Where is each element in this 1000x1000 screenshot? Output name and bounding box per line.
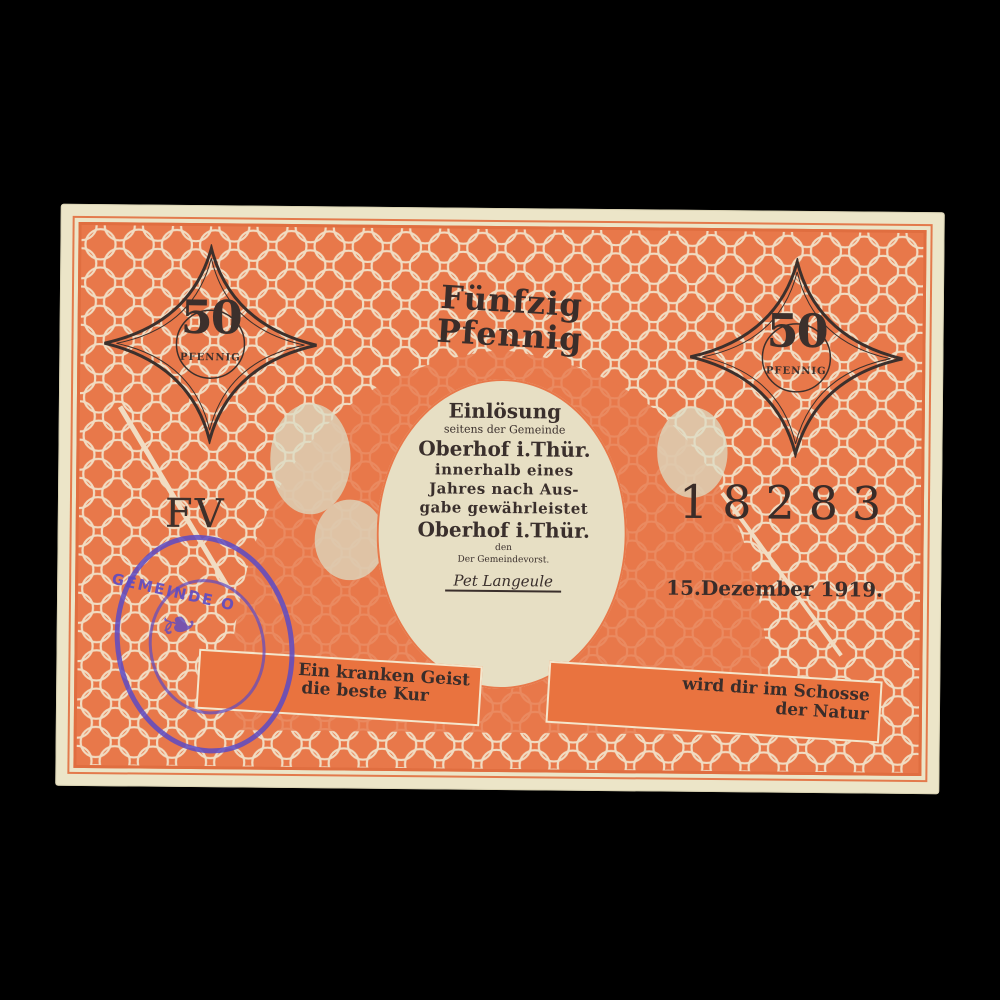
text-line: gabe gewährleistet: [379, 498, 629, 519]
text-line: innerhalb eines: [379, 460, 629, 481]
denomination-title: Fünfzig Pfennig: [399, 277, 623, 358]
series-code: FV: [165, 491, 226, 538]
denomination-unit: PFENNIG: [686, 365, 906, 378]
text-line: Oberhof i.Thür.: [379, 436, 629, 462]
text-line: Der Gemeindevorst.: [378, 553, 628, 567]
denomination-value: 50: [686, 303, 907, 359]
denomination-value: 50: [100, 289, 321, 345]
denomination-unit: PFENNIG: [100, 351, 320, 364]
redemption-text: Einlösung seitens der Gemeinde Oberhof i…: [378, 398, 630, 593]
banknote-frame: Fünfzig Pfennig Einlösung seitens der Ge…: [73, 222, 926, 776]
text-line: Jahres nach Aus-: [379, 479, 629, 500]
banknote: Fünfzig Pfennig Einlösung seitens der Ge…: [55, 204, 945, 794]
issue-date: 15.Dezember 1919.: [666, 576, 883, 602]
denomination-diamond-right: 50 PFENNIG: [685, 257, 907, 459]
redemption-heading: Einlösung: [380, 398, 630, 424]
denomination-diamond-left: 50 PFENNIG: [100, 243, 322, 445]
text-line: Oberhof i.Thür.: [379, 517, 629, 543]
serial-number: 18283: [679, 475, 896, 531]
signature: Pet Langeule: [445, 571, 561, 592]
